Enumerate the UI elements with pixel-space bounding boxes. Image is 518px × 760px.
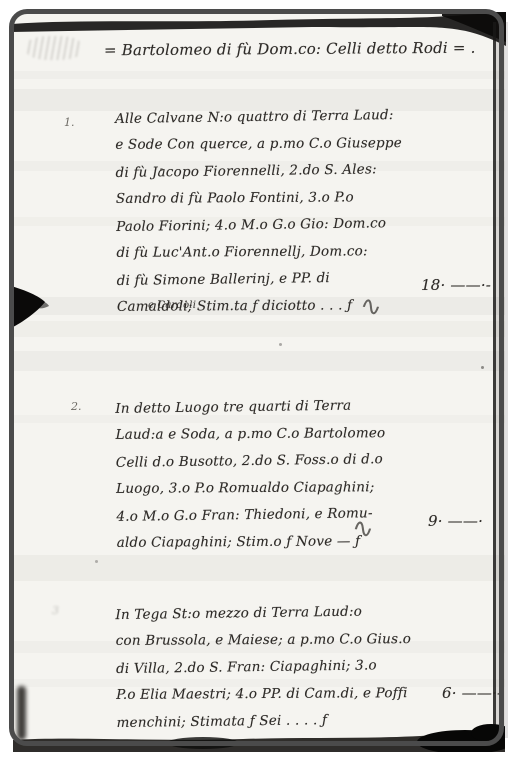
page-right-edge: [493, 22, 496, 736]
entry-line: di fù Jacopo Fiorennelli, 2.do S. Ales:: [115, 156, 402, 187]
entry-1-amount: 18· ——·-: [421, 276, 491, 294]
ink-flourish: ∿: [358, 291, 384, 324]
entry-line: di fù Simone Ballerinj, e PP. di: [117, 264, 404, 295]
interlinear-note: e Cardoli: [148, 300, 196, 311]
ink-flourish: ∿: [350, 513, 375, 545]
entry-line: menchini; Stimata ƒ Sei . . . . ƒ: [116, 706, 412, 737]
ink-blot-left-edge: [11, 284, 51, 330]
pencil-smudge: [26, 36, 82, 60]
ink-smear-bottom-left: [17, 686, 26, 740]
entry-3-amount: 6· ——·-: [442, 684, 502, 702]
entry-2-text-block: In detto Luogo tre quarti di Terra Laud:…: [115, 393, 386, 558]
scan-gutter-shadow: [496, 22, 508, 738]
entry-line: Luogo, 3.o P.o Romualdo Ciapaghini;: [116, 474, 386, 503]
entry-line: con Brussola, e Maiese; a p.mo C.o Gius.…: [116, 626, 411, 655]
entry-line: Alle Calvane N:o quattro di Terra Laud:: [115, 102, 402, 133]
ink-speck: [95, 560, 98, 563]
entry-line: In detto Luogo tre quarti di Terra: [115, 392, 385, 423]
entry-3-margin-smudge: 3: [52, 604, 118, 617]
entry-line: Laud:a e Soda, a p.mo C.o Bartolomeo: [115, 420, 385, 449]
scanned-manuscript-page: = Bartolomeo di fù Dom.co: Celli detto R…: [0, 0, 518, 760]
entry-line: e Sode Con querce, a p.mo C.o Giuseppe: [115, 130, 402, 159]
entry-line: Celli d.o Busotto, 2.do S. Foss.o di d.o: [116, 446, 386, 477]
entry-line: Sandro di fù Paolo Fontini, 3.o P.o: [116, 184, 403, 213]
entry-line: P.o Elia Maestri; 4.o PP. di Cam.di, e P…: [116, 680, 411, 709]
ink-speck: [481, 366, 484, 369]
entry-1-text-block: Alle Calvane N:o quattro di Terra Laud: …: [115, 103, 404, 322]
entry-line: Paolo Fiorini; 4.o M.o G.o Gio: Dom.co: [116, 210, 403, 241]
entry-2-amount: 9· ——·: [428, 512, 483, 530]
ink-speck: [279, 343, 282, 346]
entry-1-margin-number: 1.: [64, 116, 75, 129]
entry-line: di fù Luc'Ant.o Fiorennellj, Dom.co:: [116, 238, 403, 267]
entry-line: di Villa, 2.do S. Fran: Ciapaghini; 3.o: [116, 652, 412, 683]
entry-3-text-block: In Tega St:o mezzo di Terra Laud:o con B…: [115, 598, 412, 736]
page-title: = Bartolomeo di fù Dom.co: Celli detto R…: [104, 39, 470, 60]
entry-2-margin-number: 2.: [71, 400, 82, 413]
entry-line: 4.o M.o G.o Fran: Thiedoni, e Romu-: [116, 500, 386, 531]
entry-line: aldo Ciapaghini; Stim.o ƒ Nove — ƒ: [117, 528, 387, 557]
entry-line: In Tega St:o mezzo di Terra Laud:o: [115, 598, 411, 629]
